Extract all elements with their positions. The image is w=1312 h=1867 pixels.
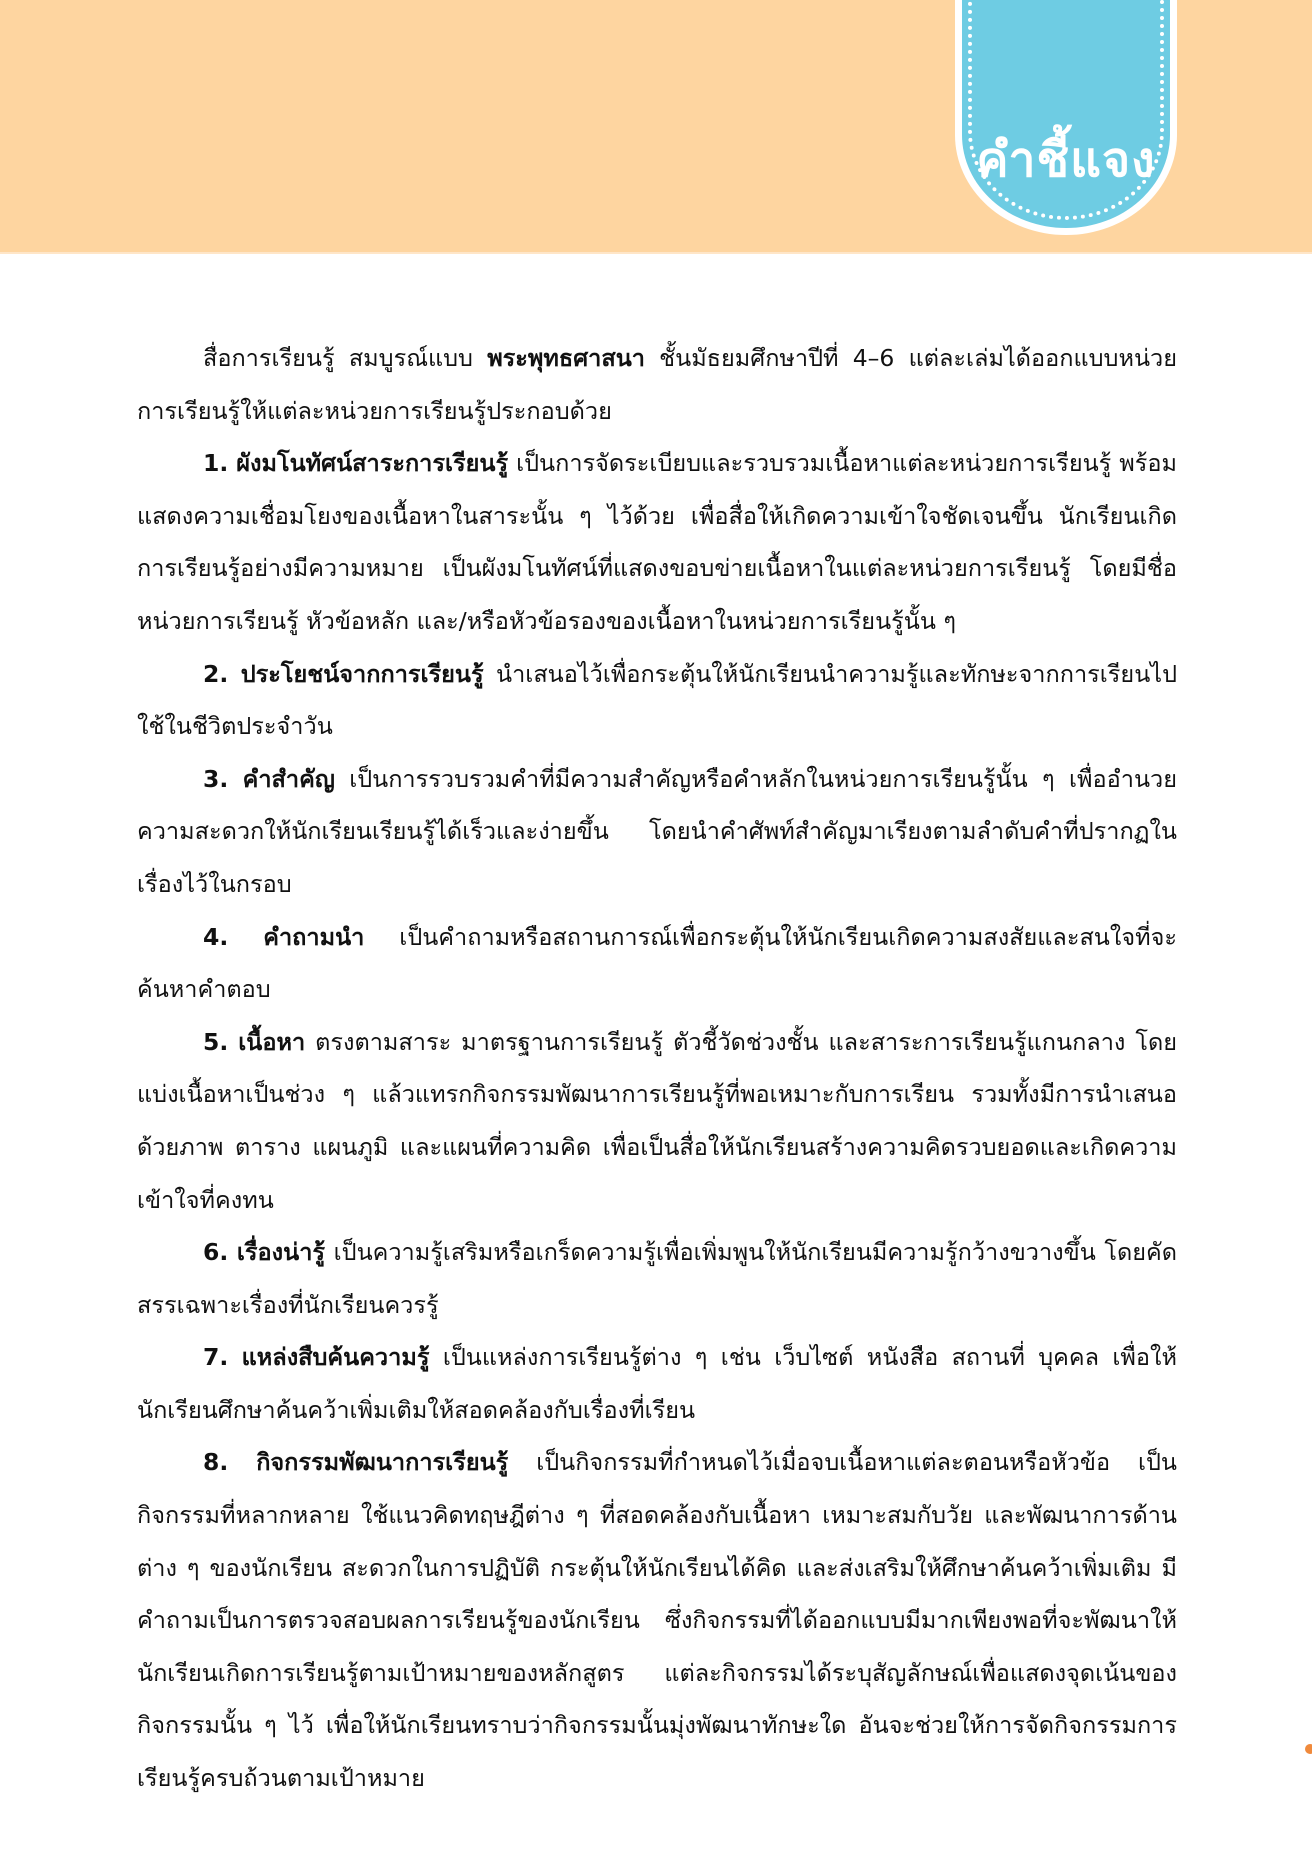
item-heading: ผังมโนทัศน์สาระการเรียนรู้: [236, 449, 508, 477]
item-heading: กิจกรรมพัฒนาการเรียนรู้: [256, 1448, 508, 1476]
item-number: 1.: [203, 449, 228, 477]
title-tab: คำชี้แจง: [955, 0, 1177, 235]
item-number: 8.: [203, 1448, 228, 1476]
item-heading: ประโยชน์จากการเรียนรู้: [241, 660, 484, 688]
decorative-dot: [1305, 1744, 1312, 1754]
item-1: 1. ผังมโนทัศน์สาระการเรียนรู้ เป็นการจัด…: [137, 437, 1177, 647]
subject-name: พระพุทธศาสนา: [487, 344, 645, 372]
item-7: 7. แหล่งสืบค้นความรู้ เป็นแหล่งการเรียนร…: [137, 1331, 1177, 1436]
item-4: 4. คำถามนำ เป็นคำถามหรือสถานการณ์เพื่อกร…: [137, 911, 1177, 1016]
item-heading: แหล่งสืบค้นความรู้: [242, 1343, 430, 1371]
intro-paragraph: สื่อการเรียนรู้ สมบูรณ์แบบ พระพุทธศาสนา …: [137, 332, 1177, 437]
item-heading: คำสำคัญ: [243, 765, 335, 793]
intro-text-1: สื่อการเรียนรู้ สมบูรณ์แบบ: [203, 344, 487, 372]
item-number: 3.: [203, 765, 228, 793]
item-heading: เนื้อหา: [238, 1028, 305, 1056]
item-heading: เรื่องน่ารู้: [237, 1238, 325, 1266]
item-8: 8. กิจกรรมพัฒนาการเรียนรู้ เป็นกิจกรรมที…: [137, 1436, 1177, 1804]
item-5: 5. เนื้อหา ตรงตามสาระ มาตรฐานการเรียนรู้…: [137, 1016, 1177, 1226]
item-6: 6. เรื่องน่ารู้ เป็นความรู้เสริมหรือเกร็…: [137, 1226, 1177, 1331]
page-title: คำชี้แจง: [962, 122, 1170, 198]
item-number: 4.: [203, 923, 228, 951]
item-number: 2.: [203, 660, 228, 688]
item-text: เป็นกิจกรรมที่กำหนดไว้เมื่อจบเนื้อหาแต่ล…: [137, 1448, 1177, 1792]
item-2: 2. ประโยชน์จากการเรียนรู้ นำเสนอไว้เพื่อ…: [137, 648, 1177, 753]
item-number: 6.: [203, 1238, 228, 1266]
item-number: 7.: [203, 1343, 228, 1371]
item-heading: คำถามนำ: [263, 923, 364, 951]
item-number: 5.: [203, 1028, 228, 1056]
item-3: 3. คำสำคัญ เป็นการรวบรวมคำที่มีความสำคัญ…: [137, 753, 1177, 911]
document-body: สื่อการเรียนรู้ สมบูรณ์แบบ พระพุทธศาสนา …: [137, 332, 1177, 1805]
